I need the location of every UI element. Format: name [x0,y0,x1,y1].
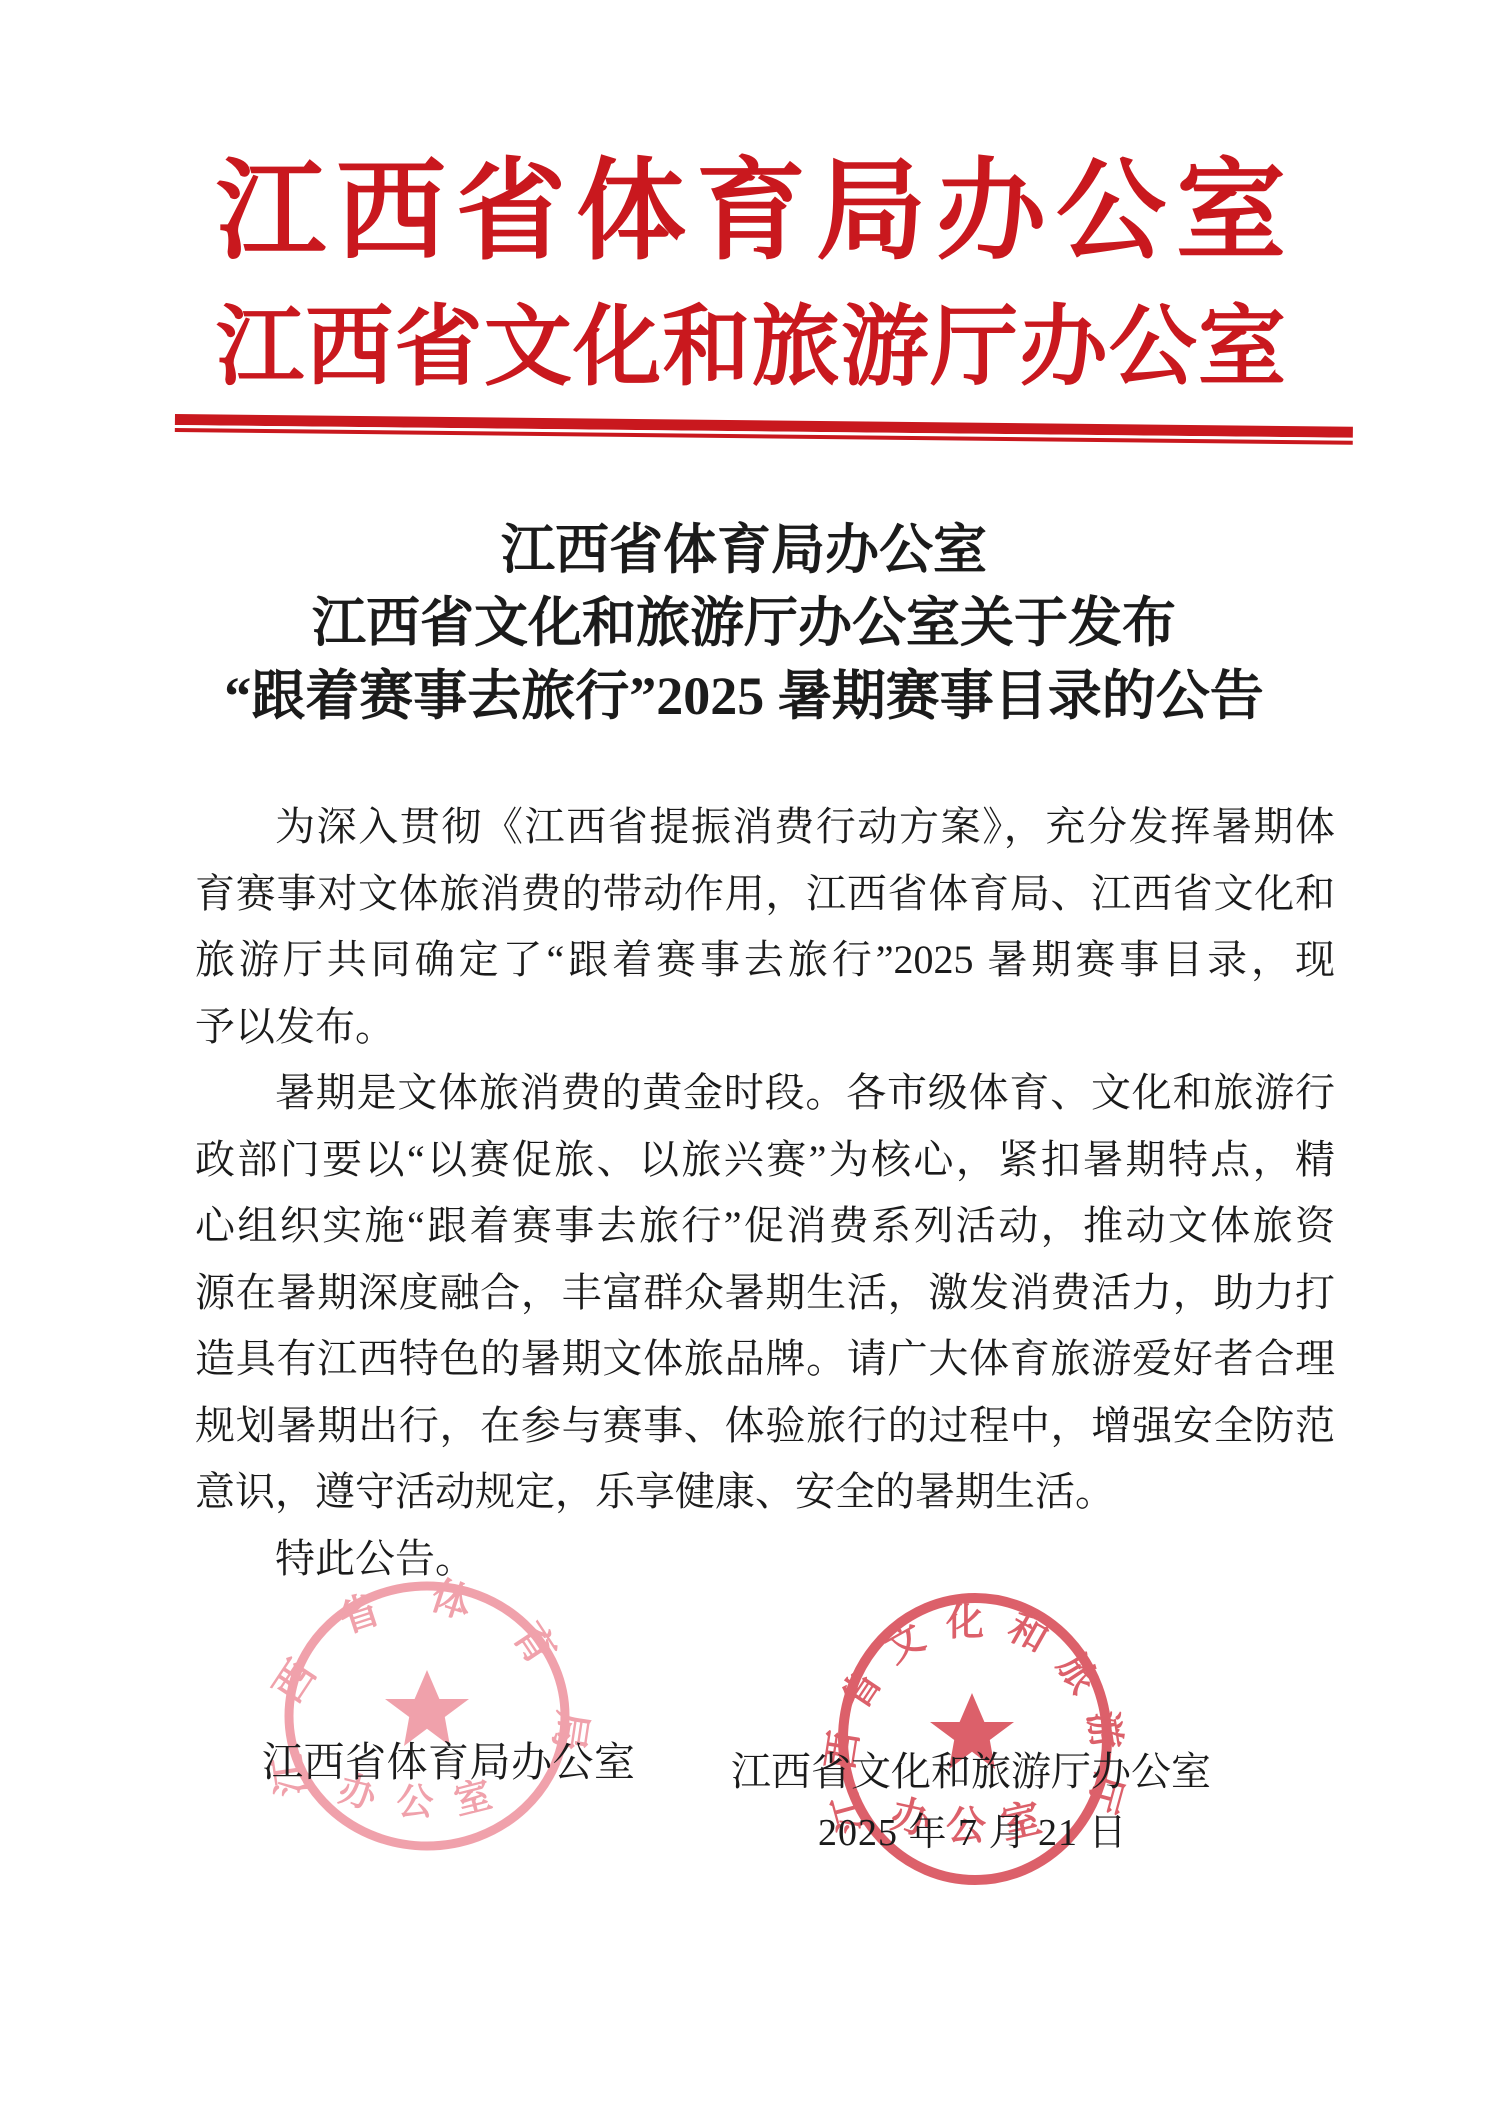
signature-left: 江西省体育局办公室 [262,1729,636,1788]
letterhead-line-1: 江西省体育局办公室 [216,148,1286,276]
body-line: 予以发布。 [195,994,1335,1061]
body-line: 暑期是文体旅消费的黄金时段。各市级体育、文化和旅游行 [195,1060,1335,1127]
seal-left: 江西省体育局 办公室 [258,1572,595,1846]
red-separator-rule [175,414,1353,445]
signature-date: 2025 年 7 月 21 日 [818,1801,1128,1856]
body-line: 造具有江西特色的暑期文体旅品牌。请广大体育旅游爱好者合理 [195,1326,1335,1393]
seal-left-ring [289,1586,565,1846]
body-line: 意识，遵守活动规定，乐享健康、安全的暑期生活。 [195,1459,1335,1526]
signature-right: 江西省文化和旅游厅办公室 [731,1740,1211,1797]
body-line: 旅游厅共同确定了“跟着赛事去旅行”2025 暑期赛事目录，现 [195,927,1335,994]
body-line: 政部门要以“以赛促旅、以旅兴赛”为核心，紧扣暑期特点，精 [195,1127,1335,1194]
body-line: 特此公告。 [195,1526,1335,1593]
body-line: 育赛事对文体旅消费的带动作用，江西省体育局、江西省文化和 [195,861,1335,928]
body-text: 为深入贯彻《江西省提振消费行动方案》，充分发挥暑期体育赛事对文体旅消费的带动作用… [195,794,1335,1592]
document-title: 江西省体育局办公室 江西省文化和旅游厅办公室关于发布 “跟着赛事去旅行”2025… [158,514,1330,733]
letterhead-line-2: 江西省文化和旅游厅办公室 [216,290,1286,408]
body-line: 规划暑期出行，在参与赛事、体验旅行的过程中，增强安全防范 [195,1393,1335,1460]
title-line-1: 江西省体育局办公室 [158,514,1330,587]
body-line: 源在暑期深度融合，丰富群众暑期生活，激发消费活力，助力打 [195,1260,1335,1327]
body-line: 为深入贯彻《江西省提振消费行动方案》，充分发挥暑期体 [195,794,1335,861]
red-letterhead: 江西省体育局办公室 江西省文化和旅游厅办公室 [216,148,1286,408]
body-line: 心组织实施“跟着赛事去旅行”促消费系列活动，推动文体旅资 [195,1193,1335,1260]
title-line-3: “跟着赛事去旅行”2025 暑期赛事目录的公告 [158,660,1330,733]
title-line-2: 江西省文化和旅游厅办公室关于发布 [158,587,1330,660]
document-page: 江西省体育局办公室 江西省文化和旅游厅办公室 江西省体育局办公室 江西省文化和旅… [0,0,1488,2104]
